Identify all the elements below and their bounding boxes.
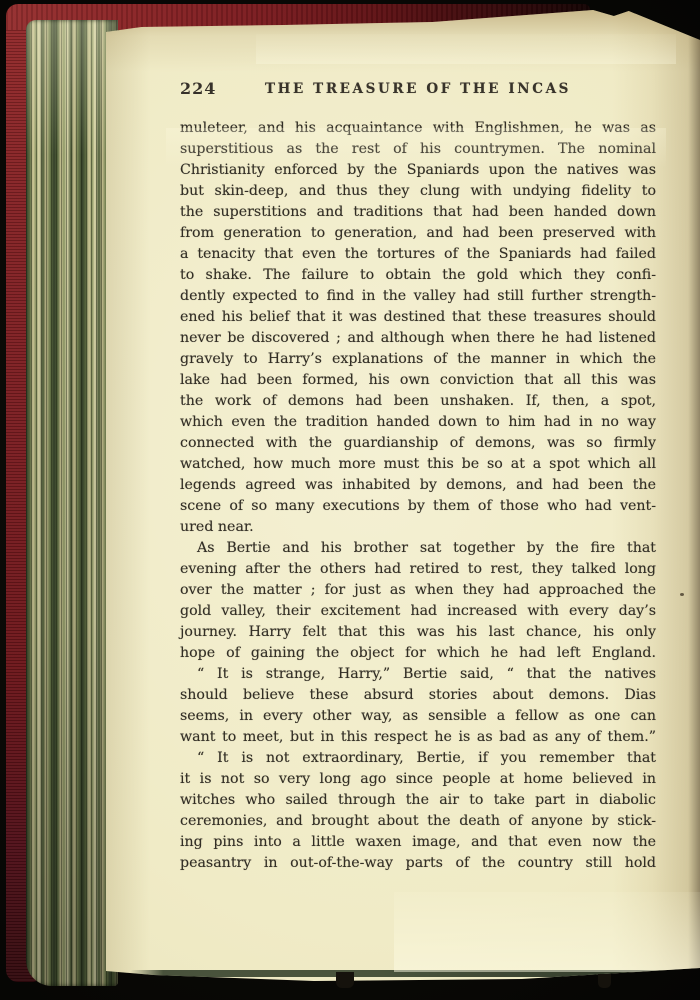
text-line: peasantry in out-of-the-way parts of the… [180, 853, 656, 874]
text-line: scene of so many executions by them of t… [180, 496, 656, 517]
text-line: dently expected to find in the valley ha… [180, 286, 656, 307]
text-line: over the matter ; for just as when they … [180, 580, 656, 601]
running-head: 224 THE TREASURE OF THE INCAS [180, 78, 656, 100]
text-line: journey. Harry felt that this was his la… [180, 622, 656, 643]
text-line: connected with the guardianship of demon… [180, 433, 656, 454]
text-line: to shake. The failure to obtain the gold… [180, 265, 656, 286]
text-line: the superstitions and traditions that ha… [180, 202, 656, 223]
text-line: As Bertie and his brother sat together b… [180, 538, 656, 559]
cradle-clip-left [336, 972, 354, 988]
paragraph: “ It is strange, Harry,” Bertie said, “ … [180, 664, 656, 748]
text-line: which even the tradition handed down to … [180, 412, 656, 433]
text-line: never be discovered ; and although when … [180, 328, 656, 349]
text-line: watched, how much more must this be so a… [180, 454, 656, 475]
text-line: superstitious as the rest of his country… [180, 139, 656, 160]
text-line: a tenacity that even the tortures of the… [180, 244, 656, 265]
paragraph: “ It is not extraordinary, Bertie, if yo… [180, 748, 656, 874]
text-line: witches who sailed through the air to ta… [180, 790, 656, 811]
paragraph: muleteer, and his acquaintance with Engl… [180, 118, 656, 538]
text-line: but skin-deep, and thus they clung with … [180, 181, 656, 202]
text-line: ceremonies, and brought about the death … [180, 811, 656, 832]
running-title: THE TREASURE OF THE INCAS [180, 78, 656, 100]
text-line: gold valley, their excitement had increa… [180, 601, 656, 622]
page-content: 224 THE TREASURE OF THE INCAS muleteer, … [180, 78, 656, 874]
text-line: ing pins into a little waxen image, and … [180, 832, 656, 853]
text-line: gravely to Harry’s explanations of the m… [180, 349, 656, 370]
page-fore-edge-stack [26, 20, 118, 986]
text-line: want to meet, but in this respect he is … [180, 727, 656, 748]
text-line: ened his belief that it was destined tha… [180, 307, 656, 328]
text-line: it is not so very long ago since people … [180, 769, 656, 790]
paragraph: As Bertie and his brother sat together b… [180, 538, 656, 664]
text-line: ured near. [180, 517, 656, 538]
cradle-clip-right [598, 974, 611, 988]
photo-background: 224 THE TREASURE OF THE INCAS muleteer, … [0, 0, 700, 1000]
text-line: seems, in every other way, as sensible a… [180, 706, 656, 727]
text-line: “ It is strange, Harry,” Bertie said, “ … [180, 664, 656, 685]
text-line: Christianity enforced by the Spaniards u… [180, 160, 656, 181]
text-line: legends agreed was inhabited by demons, … [180, 475, 656, 496]
book-page: 224 THE TREASURE OF THE INCAS muleteer, … [106, 8, 700, 984]
body-text: muleteer, and his acquaintance with Engl… [180, 118, 656, 874]
text-line: hope of gaining the object for which he … [180, 643, 656, 664]
text-line: lake had been formed, his own conviction… [180, 370, 656, 391]
text-line: evening after the others had retired to … [180, 559, 656, 580]
text-line: muleteer, and his acquaintance with Engl… [180, 118, 656, 139]
text-line: the work of demons had been unshaken. If… [180, 391, 656, 412]
text-line: from generation to generation, and had b… [180, 223, 656, 244]
ink-speck [680, 593, 684, 596]
text-line: “ It is not extraordinary, Bertie, if yo… [180, 748, 656, 769]
text-line: should believe these absurd stories abou… [180, 685, 656, 706]
